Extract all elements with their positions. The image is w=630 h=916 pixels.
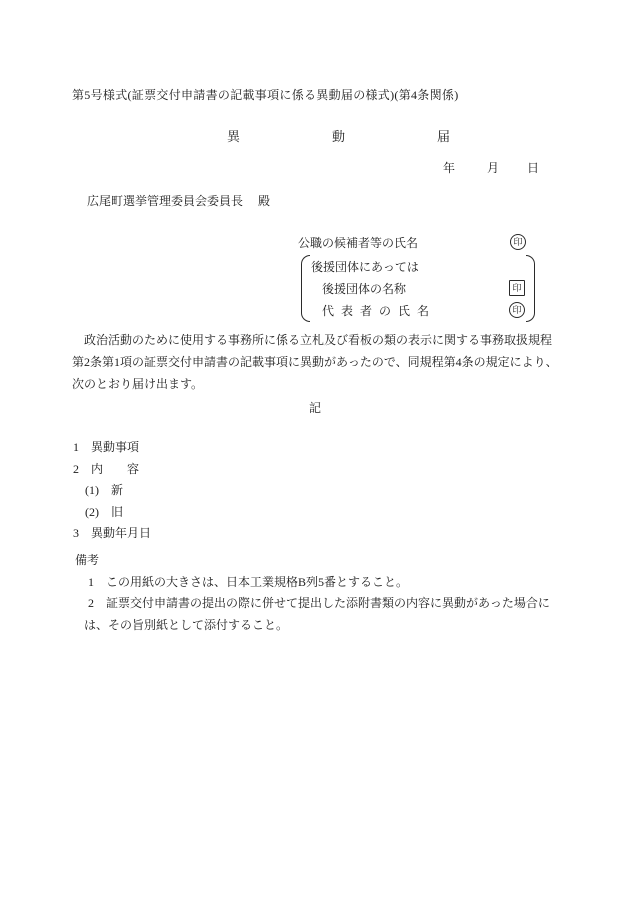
body-line-1: 政治活動のために使用する事務所に係る立札及び看板の類の表示に関する事務取扱規程 [72, 329, 576, 351]
candidate-name-label: 公職の候補者等の氏名 [298, 234, 418, 251]
support-group-lines: 後援団体にあっては 後援団体の名称 印 代 表 者 の 氏 名 印 [311, 255, 525, 321]
support-group-name-label: 後援団体の名称 [311, 280, 406, 297]
title-char-1: 異 [227, 126, 240, 145]
representative-name-label: 代 表 者 の 氏 名 [311, 302, 431, 319]
addressee-title: 広尾町選挙管理委員会委員長 [87, 194, 243, 208]
remarks-note-2-line-1: 2 証票交付申請書の提出の際に併せて提出した添附書類の内容に異動があった場合に [88, 593, 550, 615]
date-month-label: 月 [487, 159, 499, 176]
right-bracket-icon [526, 255, 535, 322]
title-char-2: 動 [332, 126, 345, 145]
items-list: 1 異動事項 2 内 容 (1) 新 (2) 旧 3 異動年月日 [73, 437, 151, 545]
title-char-3: 届 [437, 126, 450, 145]
list-item-change-date: 3 異動年月日 [73, 523, 151, 545]
remarks-label: 備考 [75, 550, 550, 572]
addressee-line: 広尾町選挙管理委員会委員長殿 [87, 192, 270, 209]
seal-mark-icon: 印 [510, 234, 526, 250]
form-page: 第5号様式(証票交付申請書の記載事項に係る異動届の様式)(第4条関係) 異 動 … [0, 0, 630, 916]
ki-section-heading: 記 [0, 399, 630, 416]
list-item-new: (1) 新 [85, 480, 151, 502]
remarks-note-1: 1 この用紙の大きさは、日本工業規格B列5番とすること。 [88, 572, 550, 594]
list-item-old: (2) 旧 [85, 502, 151, 524]
remarks-note-2-line-2: は、その旨別紙として添付すること。 [84, 615, 550, 637]
form-number-label: 第5号様式(証票交付申請書の記載事項に係る異動届の様式)(第4条関係) [72, 86, 459, 103]
list-item-content: 2 内 容 [73, 459, 151, 481]
signer-block: 公職の候補者等の氏名 印 後援団体にあっては 後援団体の名称 印 代 表 者 の… [298, 231, 541, 322]
date-year-label: 年 [443, 159, 455, 176]
left-bracket-icon [301, 255, 310, 322]
support-group-condition-label: 後援団体にあっては [311, 258, 419, 275]
support-group-name-row: 後援団体の名称 印 [311, 277, 525, 299]
body-line-2: 第2条第1項の証票交付申請書の記載事項に異動があったので、同規程第4条の規定によ… [72, 351, 576, 373]
support-group-bracket: 後援団体にあっては 後援団体の名称 印 代 表 者 の 氏 名 印 [298, 255, 541, 322]
body-paragraph: 政治活動のために使用する事務所に係る立札及び看板の類の表示に関する事務取扱規程 … [72, 329, 576, 395]
candidate-name-row: 公職の候補者等の氏名 印 [298, 231, 526, 253]
honorific-label: 殿 [258, 194, 270, 208]
seal-mark-icon: 印 [509, 302, 525, 318]
representative-name-row: 代 表 者 の 氏 名 印 [311, 299, 525, 321]
document-title: 異 動 届 [227, 126, 450, 145]
date-day-label: 日 [527, 159, 539, 176]
body-line-3: 次のとおり届け出ます。 [72, 373, 576, 395]
remarks-section: 備考 1 この用紙の大きさは、日本工業規格B列5番とすること。 2 証票交付申請… [75, 550, 550, 636]
date-line: 年 月 日 [443, 159, 539, 176]
list-item-change-matter: 1 異動事項 [73, 437, 151, 459]
seal-mark-icon: 印 [509, 280, 525, 296]
support-group-condition-row: 後援団体にあっては [311, 255, 525, 277]
